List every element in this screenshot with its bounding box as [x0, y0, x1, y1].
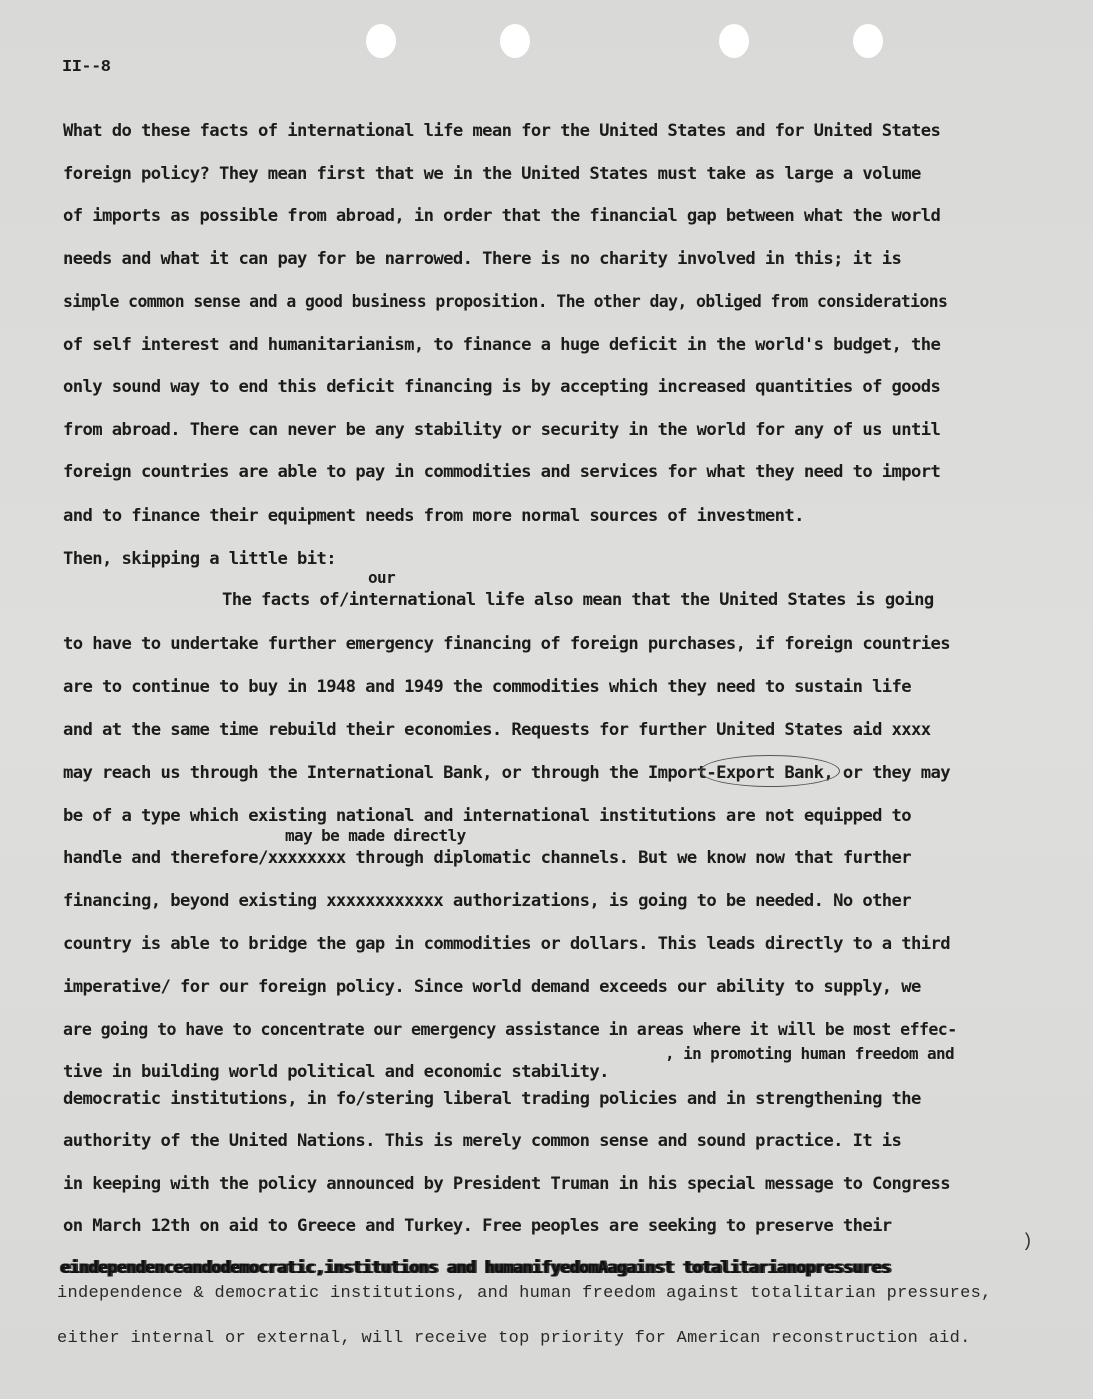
pencil-circle-mark	[700, 755, 840, 787]
text-line: What do these facts of international lif…	[63, 121, 940, 141]
text-line: in keeping with the policy announced by …	[63, 1174, 950, 1194]
text-line: imperative/ for our foreign policy. Sinc…	[63, 977, 921, 997]
text-line: on March 12th on aid to Greece and Turke…	[63, 1216, 892, 1236]
text-line: are to continue to buy in 1948 and 1949 …	[63, 677, 911, 697]
text-line: foreign countries are able to pay in com…	[63, 462, 940, 482]
text-line: from abroad. There can never be any stab…	[63, 420, 940, 440]
handwritten-insert-our: our	[368, 568, 395, 587]
punch-hole	[853, 24, 883, 58]
text-line: only sound way to end this deficit finan…	[63, 377, 940, 397]
text-line: tive in building world political and eco…	[63, 1062, 609, 1082]
insert-promoting-human-freedom: , in promoting human freedom and	[665, 1044, 954, 1063]
punch-hole	[719, 24, 749, 58]
text-line: be of a type which existing national and…	[63, 806, 911, 826]
text-line: The facts of/international life also mea…	[222, 590, 934, 610]
text-line: to have to undertake further emergency f…	[63, 634, 950, 654]
overstruck-line: eindependenceandodemocratic,institutions…	[60, 1258, 890, 1278]
insert-may-be-made-directly: may be made directly	[285, 826, 466, 845]
text-line: and at the same time rebuild their econo…	[63, 720, 931, 740]
text-line: foreign policy? They mean first that we …	[63, 164, 921, 184]
text-line: simple common sense and a good business …	[63, 292, 947, 312]
text-line: are going to have to concentrate our eme…	[63, 1020, 957, 1040]
text-line: of self interest and humanitarianism, to…	[63, 335, 940, 355]
retyped-line: either internal or external, will receiv…	[57, 1329, 971, 1348]
text-line: handle and therefore/xxxxxxxx through di…	[63, 848, 911, 868]
text-line: of imports as possible from abroad, in o…	[63, 206, 940, 226]
transition-line: Then, skipping a little bit:	[63, 549, 336, 569]
text-line: democratic institutions, in fo/stering l…	[63, 1089, 921, 1109]
pencil-mark: )	[1022, 1232, 1033, 1252]
text-line: country is able to bridge the gap in com…	[63, 934, 950, 954]
retyped-line: independence & democratic institutions, …	[57, 1284, 992, 1303]
text-line: needs and what it can pay for be narrowe…	[63, 249, 901, 269]
document-page: II--8 What do these facts of internation…	[0, 0, 1093, 1399]
text-line: financing, beyond existing xxxxxxxxxxxx …	[63, 891, 911, 911]
text-line: authority of the United Nations. This is…	[63, 1131, 901, 1151]
punch-hole	[500, 24, 530, 58]
punch-hole	[366, 24, 396, 58]
text-line: and to finance their equipment needs fro…	[63, 506, 804, 526]
page-number: II--8	[62, 58, 111, 77]
